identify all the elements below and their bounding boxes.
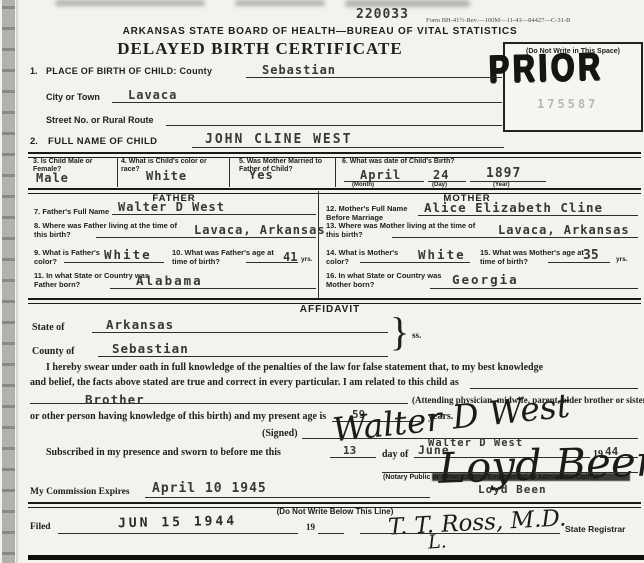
- father-age-value: 41: [283, 250, 297, 264]
- filed-year-line: [318, 533, 344, 534]
- notary-typed-name: Loyd Been: [478, 483, 547, 496]
- do-not-write-box: (Do Not Write in This Space) PRIOR 17558…: [503, 42, 643, 132]
- sworn-day-value: 13: [343, 444, 356, 457]
- mother-yrs-label: yrs.: [616, 256, 628, 263]
- prior-file-number: 175587: [537, 97, 598, 111]
- mother-name-value: Alice Elizabeth Cline: [424, 200, 603, 215]
- father-color-label: 9. What is Father's color?: [34, 248, 109, 266]
- oath-text-line2: and belief, the facts above stated are t…: [30, 377, 640, 388]
- field2-number: 2.: [30, 136, 38, 147]
- scanned-birth-certificate: 220033 Form BH-41½-Rev.—100M—11-43—84427…: [0, 0, 644, 563]
- father-birthplace-value: Alabama: [136, 273, 203, 288]
- commission-label: My Commission Expires: [30, 487, 130, 497]
- scan-smudge: [55, 0, 205, 6]
- street-label: Street No. or Rural Route: [46, 115, 154, 125]
- county-label: County of: [32, 346, 75, 357]
- mother-color-line: [360, 262, 470, 263]
- dob-month-value: April: [360, 168, 401, 182]
- child-name-value: JOHN CLINE WEST: [205, 132, 352, 147]
- filed-label: Filed: [30, 522, 51, 532]
- sworn-text: Subscribed in my presence and sworn to b…: [46, 447, 281, 458]
- street-line: [166, 125, 502, 126]
- dob-label: 6. What was date of Child's Birth?: [342, 158, 632, 165]
- mother-color-value: White: [418, 247, 466, 262]
- field1-number: 1.: [30, 66, 38, 76]
- grid-divider: [335, 157, 336, 187]
- sex-value: Male: [36, 171, 69, 185]
- commission-line: [145, 497, 430, 498]
- mother-birthplace-label: 16. In what State or Country was Mother …: [326, 271, 456, 289]
- dob-day-value: 24: [433, 168, 449, 182]
- father-name-label: 7. Father's Full Name: [34, 207, 109, 216]
- mother-birthplace-line: [430, 288, 638, 289]
- mother-residence-line: [392, 237, 638, 238]
- day-of-label: day of: [382, 449, 408, 460]
- county-value: Sebastian: [262, 63, 336, 77]
- city-value: Lavaca: [128, 88, 177, 102]
- father-age-label: 10. What was Father's age at time of bir…: [172, 248, 287, 266]
- county-affidavit-value: Sebastian: [112, 341, 189, 356]
- certificate-serial-number: 220033: [356, 7, 409, 22]
- prior-stamp: PRIOR: [488, 45, 604, 92]
- parent-column-divider: [318, 191, 319, 298]
- father-name-value: Walter D West: [118, 200, 225, 214]
- mother-color-label: 14. What is Mother's color?: [326, 248, 406, 266]
- scan-smudge: [345, 0, 470, 7]
- grid-divider: [117, 157, 118, 187]
- mother-age-line: [548, 262, 610, 263]
- registrar-mark-script: L.: [427, 530, 447, 553]
- filed-year-prefix: 19: [306, 522, 315, 532]
- ss-label: ss.: [412, 330, 421, 340]
- mother-married-value: Yes: [249, 168, 274, 182]
- grid-divider: [229, 157, 230, 187]
- child-name-line: [192, 147, 504, 148]
- father-residence-line: [96, 237, 316, 238]
- relation-note2: or other person having knowledge of this…: [30, 411, 326, 422]
- city-line: [112, 102, 502, 103]
- father-yrs-label: yrs.: [301, 256, 313, 263]
- scan-smudge: [235, 0, 325, 6]
- film-edge-shadow: [16, 0, 18, 563]
- father-name-line: [112, 214, 316, 215]
- document-title: DELAYED BIRTH CERTIFICATE: [30, 39, 490, 59]
- mother-birthplace-value: Georgia: [452, 272, 519, 287]
- sworn-day-line: [330, 457, 376, 458]
- film-frame-bar: [28, 555, 644, 560]
- mother-age-value: 35: [583, 248, 599, 263]
- father-birthplace-line: [110, 288, 316, 289]
- commission-date-value: April 10 1945: [152, 481, 267, 496]
- county-affidavit-line: [98, 356, 388, 357]
- mother-name-label: 12. Mother's Full Name Before Marriage: [326, 204, 421, 222]
- state-value: Arkansas: [106, 317, 174, 332]
- filed-line: [58, 533, 298, 534]
- mother-name-line: [418, 215, 638, 216]
- father-residence-value: Lavaca, Arkansas: [194, 223, 326, 237]
- registrar-label: State Registrar: [565, 524, 625, 534]
- oath-text-line1: I hereby swear under oath in full knowle…: [46, 362, 638, 373]
- field1-label: PLACE OF BIRTH OF CHILD: County: [46, 66, 212, 76]
- mother-age-label: 15. What was Mother's age at time of bir…: [480, 248, 595, 266]
- county-line: [246, 77, 502, 78]
- film-edge-strip: [2, 0, 15, 563]
- race-value: White: [146, 169, 187, 183]
- affidavit-title: AFFIDAVIT: [30, 304, 630, 315]
- overstrike-blot: [432, 473, 630, 481]
- registrar-line: [360, 533, 560, 534]
- ss-brace: }: [390, 308, 409, 355]
- form-number-note: Form BH-41½-Rev.—100M—11-43—84427—C-31-B: [426, 17, 570, 24]
- relation-value: Brother: [85, 392, 145, 407]
- dob-year-value: 1897: [486, 166, 521, 181]
- state-label: State of: [32, 322, 65, 333]
- agency-name: ARKANSAS STATE BOARD OF HEALTH—BUREAU OF…: [30, 26, 610, 37]
- city-label: City or Town: [46, 92, 100, 102]
- father-color-value: White: [104, 247, 152, 262]
- field2-label: FULL NAME OF CHILD: [48, 136, 157, 147]
- father-color-line: [64, 262, 164, 263]
- filed-date-stamp: JUN 15 1944: [118, 514, 237, 531]
- mother-residence-value: Lavaca, Arkansas: [498, 223, 630, 237]
- signed-label: (Signed): [262, 428, 298, 439]
- state-line: [92, 332, 388, 333]
